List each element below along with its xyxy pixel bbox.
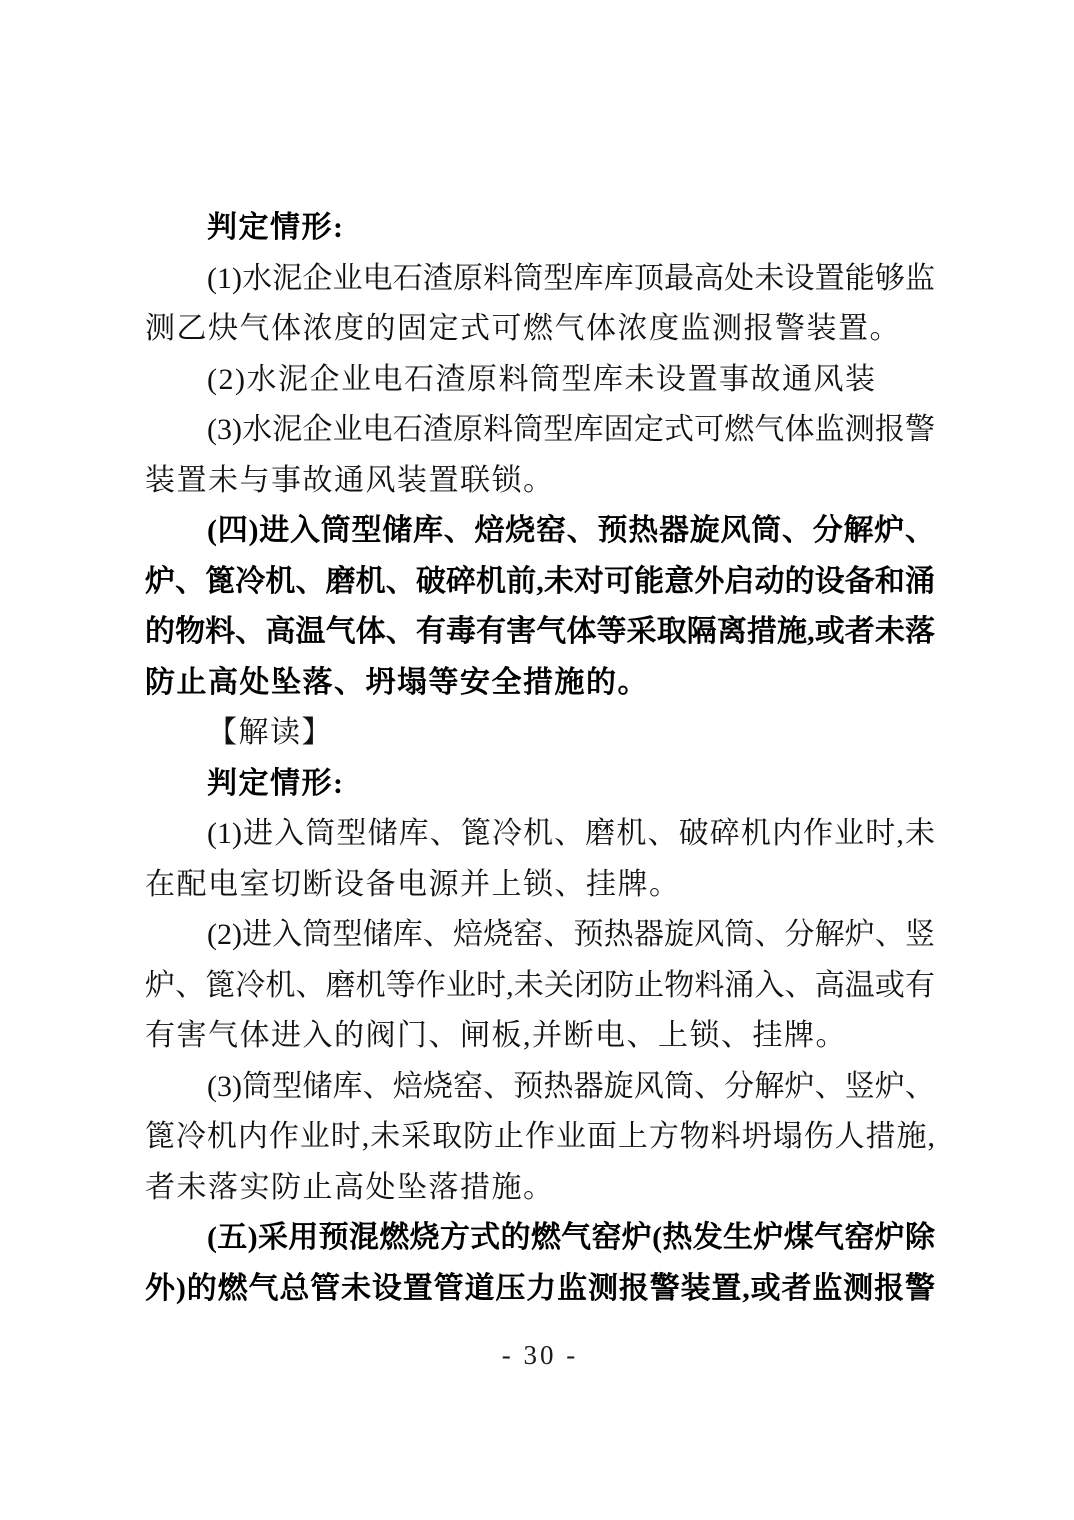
text-line: (2)进入筒型储库、焙烧窑、预热器旋风筒、分解炉、竖 bbox=[145, 910, 935, 961]
text-line: 在配电室切断设备电源并上锁、挂牌。 bbox=[145, 860, 935, 911]
text-line: 篦冷机内作业时,未采取防止作业面上方物料坍塌伤人措施,或 bbox=[145, 1112, 935, 1163]
heading-judgment-criteria: 判定情形: bbox=[145, 203, 935, 254]
text-line: 测乙炔气体浓度的固定式可燃气体浓度监测报警装置。 bbox=[145, 304, 935, 355]
heading-judgment-criteria: 判定情形: bbox=[145, 759, 935, 810]
section-four-heading-line: (四)进入筒型储库、焙烧窑、预热器旋风筒、分解炉、竖 bbox=[145, 506, 935, 557]
text-line: (2)水泥企业电石渣原料筒型库未设置事故通风装置。 bbox=[145, 355, 935, 406]
text-line: (3)水泥企业电石渣原料筒型库固定式可燃气体监测报警 bbox=[145, 405, 935, 456]
text-line: 炉、篦冷机、磨机等作业时,未关闭防止物料涌入、高温或有毒 bbox=[145, 961, 935, 1012]
text-line: (1)进入筒型储库、篦冷机、磨机、破碎机内作业时,未 bbox=[145, 809, 935, 860]
section-five-line: 外)的燃气总管未设置管道压力监测报警装置,或者监测报警装 bbox=[145, 1264, 935, 1315]
body-text: 判定情形: (1)水泥企业电石渣原料筒型库库顶最高处未设置能够监 测乙炔气体浓度… bbox=[145, 203, 935, 1314]
text-line: (3)筒型储库、焙烧窑、预热器旋风筒、分解炉、竖炉、 bbox=[145, 1062, 935, 1113]
section-five-heading-line: (五)采用预混燃烧方式的燃气窑炉(热发生炉煤气窑炉除 bbox=[145, 1213, 935, 1264]
document-page: 判定情形: (1)水泥企业电石渣原料筒型库库顶最高处未设置能够监 测乙炔气体浓度… bbox=[0, 0, 1074, 1520]
section-four-line: 炉、篦冷机、磨机、破碎机前,未对可能意外启动的设备和涌入 bbox=[145, 557, 935, 608]
text-line: 有害气体进入的阀门、闸板,并断电、上锁、挂牌。 bbox=[145, 1011, 935, 1062]
section-four-line: 的物料、高温气体、有毒有害气体等采取隔离措施,或者未落实 bbox=[145, 607, 935, 658]
page-number: - 30 - bbox=[145, 1340, 935, 1371]
text-line: (1)水泥企业电石渣原料筒型库库顶最高处未设置能够监 bbox=[145, 254, 935, 305]
text-line: 者未落实防止高处坠落措施。 bbox=[145, 1163, 935, 1214]
section-four-line: 防止高处坠落、坍塌等安全措施的。 bbox=[145, 658, 935, 709]
text-line: 装置未与事故通风装置联锁。 bbox=[145, 456, 935, 507]
interpretation-label: 【解读】 bbox=[145, 708, 935, 759]
